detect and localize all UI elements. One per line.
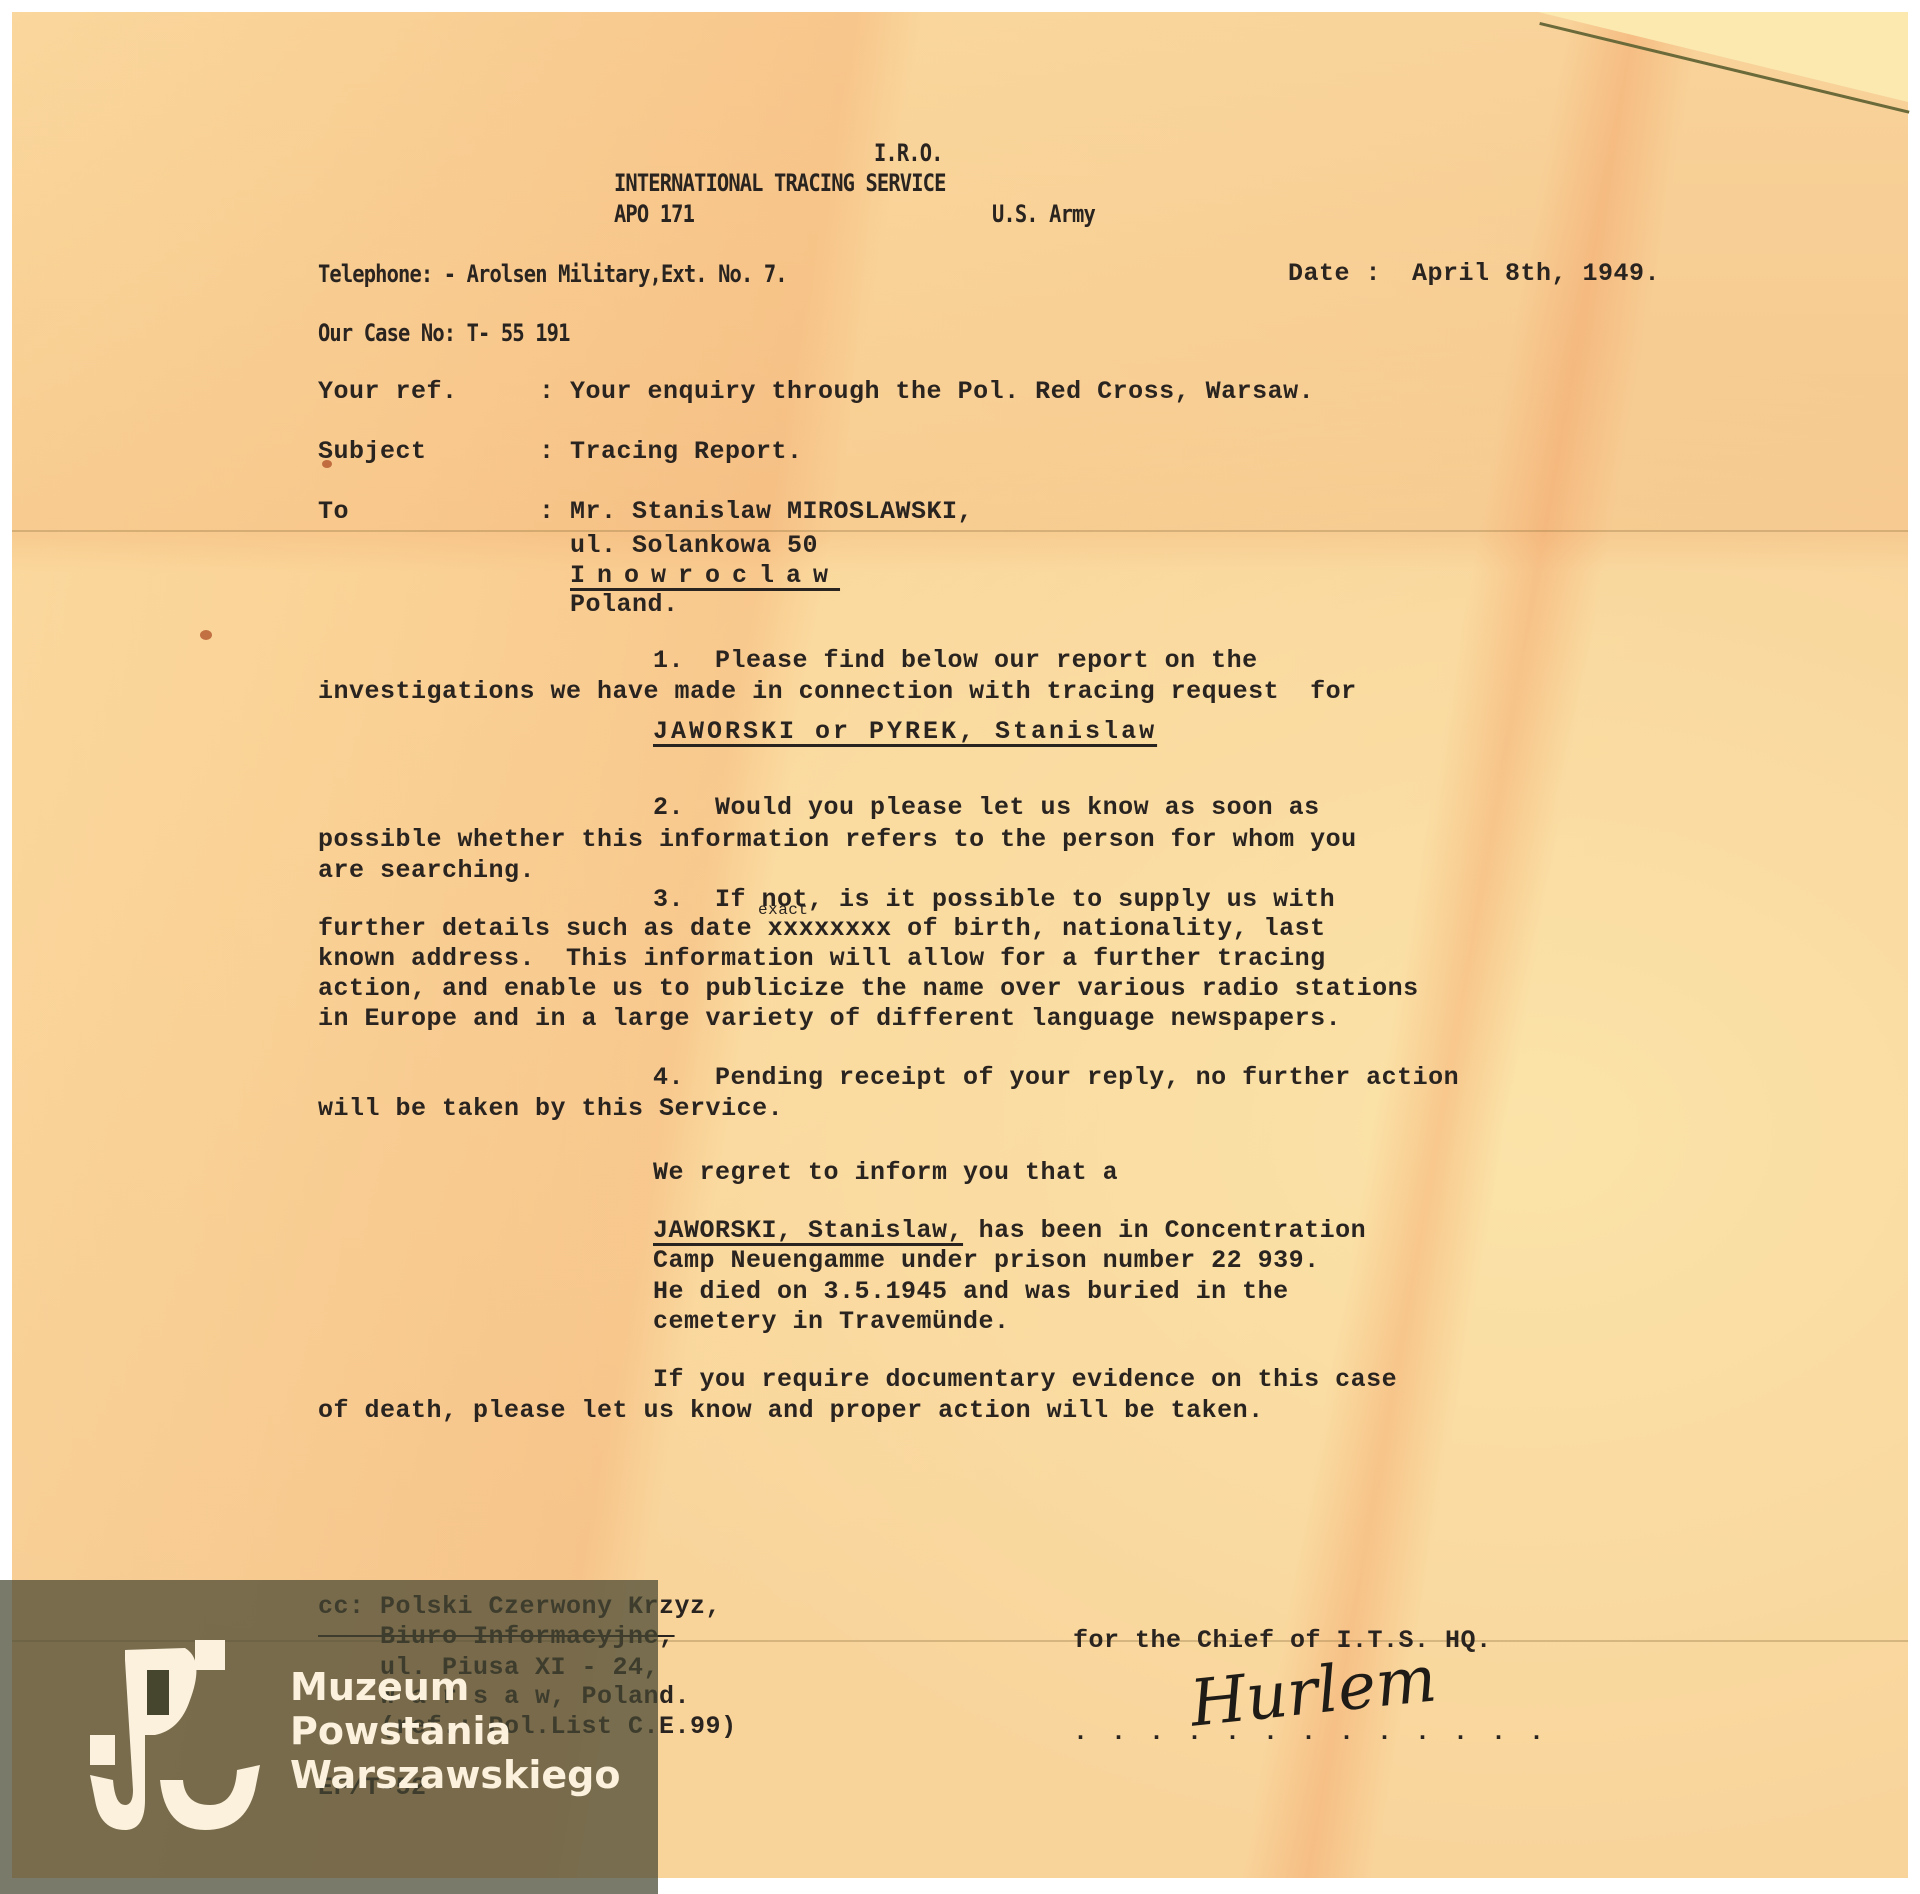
letterhead-org: I.R.O. <box>874 138 943 168</box>
para2-line2: possible whether this information refers… <box>318 825 1357 855</box>
to-colon: : <box>539 497 555 527</box>
letterhead-army: U.S. Army <box>992 199 1095 229</box>
para3-line4: action, and enable us to publicize the n… <box>318 974 1419 1004</box>
signature-dots: . . . . . . . . . . . . . <box>1073 1718 1548 1748</box>
recipient-name: Mr. Stanislaw MIROSLAWSKI, <box>570 497 973 527</box>
museum-name-line3: Warszawskiego <box>290 1754 620 1796</box>
subject-label: Subject <box>318 437 427 467</box>
closing-line2: of death, please let us know and proper … <box>318 1396 1264 1426</box>
finding-line1: JAWORSKI, Stanislaw, has been in Concent… <box>653 1216 1366 1246</box>
para3-line5: in Europe and in a large variety of diff… <box>318 1004 1341 1034</box>
para4-line1: 4. Pending receipt of your reply, no fur… <box>653 1063 1459 1093</box>
regret-line: We regret to inform you that a <box>653 1158 1118 1188</box>
horizontal-fold <box>12 530 1908 532</box>
recipient-country: Poland. <box>570 590 679 620</box>
finding-text: has been in Concentration <box>963 1216 1366 1245</box>
para3-line2: further details such as date xxxxxxxx of… <box>318 914 1326 944</box>
to-label: To <box>318 497 349 527</box>
telephone-line: Telephone: - Arolsen Military,Ext. No. 7… <box>318 259 787 289</box>
museum-name-line1: Muzeum <box>290 1666 469 1708</box>
your-ref-label: Your ref. <box>318 377 458 407</box>
anchor-logo-icon <box>85 1640 275 1840</box>
date-line: Date : April 8th, 1949. <box>1288 259 1660 289</box>
para2-line1: 2. Would you please let us know as soon … <box>653 793 1320 823</box>
subject-value: : Tracing Report. <box>539 437 803 467</box>
traced-person-name: JAWORSKI or PYREK, Stanislaw <box>653 717 1157 747</box>
your-ref-value: : Your enquiry through the Pol. Red Cros… <box>539 377 1314 407</box>
para1-line1: 1. Please find below our report on the <box>653 646 1258 676</box>
para4-line2: will be taken by this Service. <box>318 1094 783 1124</box>
finding-line2: Camp Neuengamme under prison number 22 9… <box>653 1246 1320 1276</box>
recipient-city: Inowroclaw <box>570 561 840 591</box>
para3-line1: 3. If not, is it possible to supply us w… <box>653 885 1335 915</box>
para1-line2: investigations we have made in connectio… <box>318 677 1357 707</box>
ink-stain <box>200 630 212 640</box>
closing-line1: If you require documentary evidence on t… <box>653 1365 1397 1395</box>
deceased-name: JAWORSKI, Stanislaw, <box>653 1216 963 1245</box>
finding-line4: cemetery in Travemünde. <box>653 1307 1010 1337</box>
letterhead-service: INTERNATIONAL TRACING SERVICE <box>614 168 946 198</box>
para3-line3: known address. This information will all… <box>318 944 1326 974</box>
museum-name-line2: Powstania <box>290 1710 511 1752</box>
recipient-street: ul. Solankowa 50 <box>570 531 818 561</box>
case-number: Our Case No: T- 55 191 <box>318 318 570 348</box>
finding-line3: He died on 3.5.1945 and was buried in th… <box>653 1277 1289 1307</box>
para2-line3: are searching. <box>318 856 535 886</box>
letterhead-apo: APO 171 <box>614 199 694 229</box>
